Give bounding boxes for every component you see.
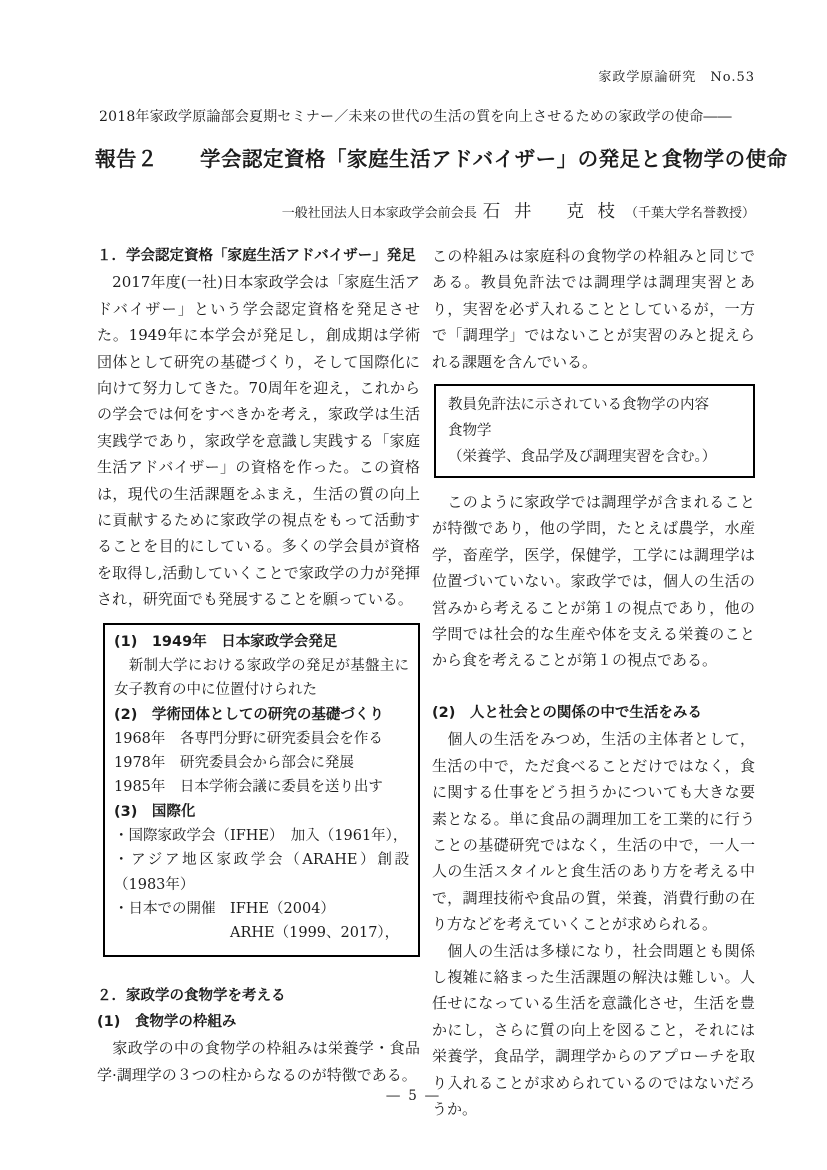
section-2-2-heading: (2) 人と社会との関係の中で生活をみる <box>432 700 755 726</box>
framework-continuation-paragraph: この枠組みは家庭科の食物学の枠組みと同じである。教員免許法では調理学は調理実習と… <box>432 243 755 375</box>
author-line: 一般社団法人日本家政学会前会長 石 井 克 枝 （千葉大学名誉教授） <box>282 198 755 223</box>
life-perspective-paragraph: 個人の生活をみつめ，生活の主体者として，生活の中で，ただ食べることだけではなく，… <box>432 726 755 937</box>
seminar-series-line: 2018年家政学原論部会夏期セミナー／未来の世代の生活の質を向上させるための家政… <box>99 106 732 126</box>
section-1-paragraph: 2017年度(一社)日本家政学会は「家庭生活アドバイザー」という学会認定資格を発… <box>97 269 420 612</box>
section-2-1-paragraph: 家政学の中の食物学の枠組みは栄養学・食品学·調理学の３つの柱からなるのが特徴であ… <box>97 1035 420 1088</box>
history-box-line: ・日本での開催 IFHE（2004） <box>114 897 409 921</box>
history-box-line: 1985年 日本学術会議に委員を送り出す <box>114 775 409 799</box>
author-affiliation: 一般社団法人日本家政学会前会長 <box>282 202 477 221</box>
section-1-heading: １．学会認定資格「家庭生活アドバイザー」発足 <box>97 243 420 269</box>
history-box-line: (3) 国際化 <box>114 800 409 824</box>
paper-page: 家政学原論研究 No.53 2018年家政学原論部会夏期セミナー／未来の世代の生… <box>0 0 827 1170</box>
report-title: 報告２ 学会認定資格「家庭生活アドバイザー」の発足と食物学の使命 <box>95 142 760 172</box>
history-box-line: ・国際家政学会（IFHE） 加入（1961年）， <box>114 824 409 848</box>
journal-header: 家政学原論研究 No.53 <box>598 66 755 85</box>
teacher-license-box: 教員免許法に示されている食物学の内容 食物学 （栄養学、食品学及び調理実習を含む… <box>434 384 755 478</box>
license-box-line: 教員免許法に示されている食物学の内容 <box>448 392 741 418</box>
license-box-line: （栄養学、食品学及び調理実習を含む。） <box>448 444 741 470</box>
history-box-line: (2) 学術団体としての研究の基礎づくり <box>114 703 409 727</box>
section-2-heading: ２．家政学の食物学を考える <box>97 983 420 1009</box>
left-column: １．学会認定資格「家庭生活アドバイザー」発足 2017年度(一社)日本家政学会は… <box>97 243 420 1122</box>
history-box-line: ARHE（1999、2017）， <box>114 921 409 945</box>
right-column: この枠組みは家庭科の食物学の枠組みと同じである。教員免許法では調理学は調理実習と… <box>432 243 755 1122</box>
history-box-line: ・アジア地区家政学会（ARAHE）創設（1983年） <box>114 848 409 897</box>
history-box-line: 1978年 研究委員会から部会に発展 <box>114 751 409 775</box>
author-name: 石 井 克 枝 <box>483 198 619 223</box>
society-history-box: (1) 1949年 日本家政学会発足 新制大学における家政学の発足が基盤主に女子… <box>103 623 420 957</box>
author-honorific: （千葉大学名誉教授） <box>625 202 755 221</box>
license-box-line: 食物学 <box>448 418 741 444</box>
section-2-1-heading: (1) 食物学の枠組み <box>97 1009 420 1035</box>
two-column-body: １．学会認定資格「家庭生活アドバイザー」発足 2017年度(一社)日本家政学会は… <box>97 243 755 1122</box>
cooking-science-paragraph: このように家政学では調理学が含まれることが特徴であり，他の学問，たとえば農学，水… <box>432 489 755 674</box>
history-box-line: (1) 1949年 日本家政学会発足 <box>114 630 409 654</box>
history-box-line: 新制大学における家政学の発足が基盤主に女子教育の中に位置付けられた <box>114 654 409 703</box>
page-number: ― 5 ― <box>0 1088 827 1104</box>
history-box-line: 1968年 各専門分野に研究委員会を作る <box>114 727 409 751</box>
